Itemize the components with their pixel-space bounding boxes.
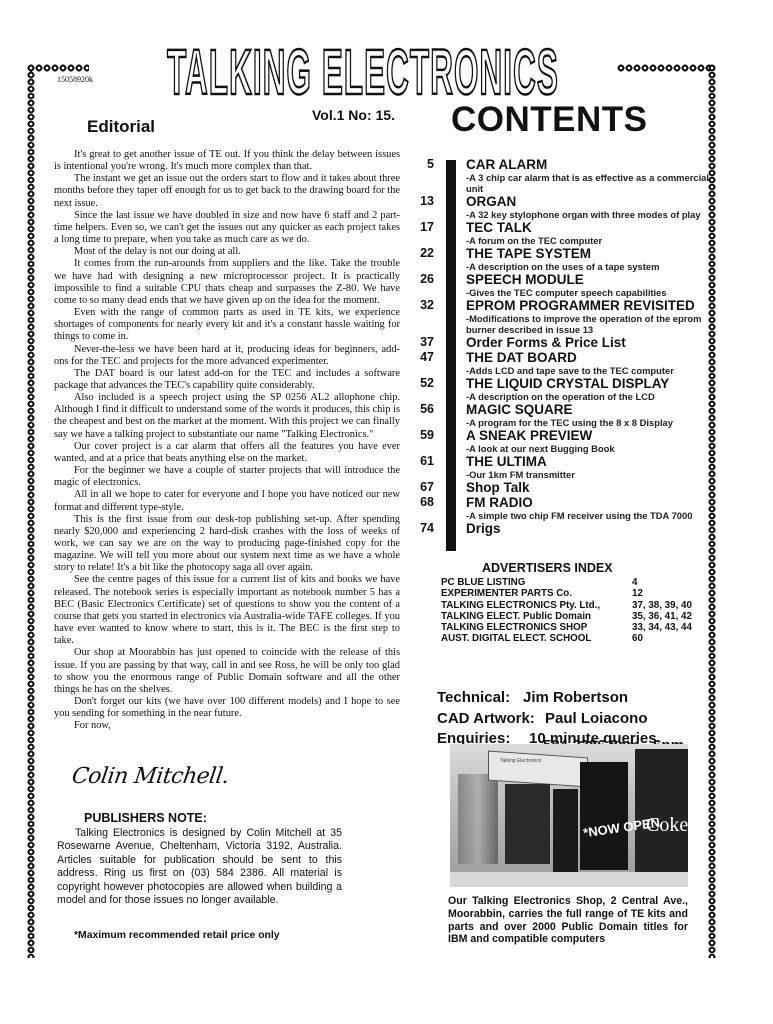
contents-item[interactable]: 26SPEECH MODULE-Gives the TEC computer s… xyxy=(410,272,710,298)
contents-item[interactable]: 22THE TAPE SYSTEM-A description on the u… xyxy=(410,246,710,272)
contents-item[interactable]: 32EPROM PROGRAMMER REVISITED-Modificatio… xyxy=(410,298,710,335)
advertisers-heading: ADVERTISERS INDEX xyxy=(482,561,613,575)
contents-item-title: ORGAN xyxy=(466,194,710,209)
contents-item[interactable]: 74Drigs xyxy=(410,521,710,536)
photo-window xyxy=(580,762,628,870)
credit-label: CAD Artwork: xyxy=(437,709,545,730)
editorial-body: It's great to get another issue of TE ou… xyxy=(54,149,400,733)
advertiser-row: TALKING ELECT. Public Domain35, 36, 41, … xyxy=(441,611,712,622)
editorial-paragraph: It comes from the run-arounds from suppl… xyxy=(54,258,400,307)
editorial-paragraph: This is the first issue from our desk-to… xyxy=(54,514,400,575)
contents-item-title: MAGIC SQUARE xyxy=(466,402,710,417)
contents-page-number: 74 xyxy=(410,521,434,536)
editorial-paragraph: It's great to get another issue of TE ou… xyxy=(54,149,400,173)
advertiser-pages: 4 xyxy=(632,577,712,588)
contents-item-title: THE DAT BOARD xyxy=(466,350,710,365)
advertiser-row: AUST. DIGITAL ELECT. SCHOOL60 xyxy=(441,633,712,644)
masthead: TALKING ELECTRONICS xyxy=(133,40,593,104)
contents-item[interactable]: 61THE ULTIMA-Our 1km FM transmitter xyxy=(410,454,710,480)
photo-pillar xyxy=(553,789,578,884)
publishers-note-heading: PUBLISHERS NOTE: xyxy=(84,811,207,825)
editorial-paragraph: Even with the range of common parts as u… xyxy=(54,307,400,343)
editorial-paragraph: The DAT board is our latest add-on for t… xyxy=(54,368,400,392)
contents-page-number: 32 xyxy=(410,298,434,313)
editorial-paragraph: Don't forget our kits (we have over 100 … xyxy=(54,696,400,720)
contents-item[interactable]: 56MAGIC SQUARE-A program for the TEC usi… xyxy=(410,402,710,428)
contents-item-desc: -Our 1km FM transmitter xyxy=(466,469,710,480)
photo-coke-sign: Coke xyxy=(646,814,688,837)
photo-caption: Our Talking Electronics Shop, 2 Central … xyxy=(448,895,688,946)
contents-list: 5CAR ALARM-A 3 chip car alarm that is as… xyxy=(410,157,710,536)
editorial-paragraph: See the centre pages of this issue for a… xyxy=(54,574,400,647)
contents-page-number: 56 xyxy=(410,402,434,417)
shop-photo: Talking Electronics *NOW OPEN Coke xyxy=(450,744,688,887)
contents-page-number: 13 xyxy=(410,194,434,209)
chain-border-top-left xyxy=(27,64,89,72)
contents-page-number: 5 xyxy=(410,157,434,172)
advertiser-name: PC BLUE LISTING xyxy=(441,577,632,588)
photo-sign-text: Talking Electronics xyxy=(500,758,541,764)
contents-page-number: 52 xyxy=(410,376,434,391)
contents-item-desc: -A 32 key stylophone organ with three mo… xyxy=(466,209,710,220)
contents-item[interactable]: 17TEC TALK-A forum on the TEC computer xyxy=(410,220,710,246)
contents-item-desc: -Gives the TEC computer speech capabilit… xyxy=(466,287,710,298)
masthead-title: TALKING ELECTRONICS xyxy=(167,40,559,104)
contents-item-title: CAR ALARM xyxy=(466,157,710,172)
advertiser-pages: 60 xyxy=(632,633,712,644)
chain-border-top-right xyxy=(617,64,715,72)
editorial-paragraph: The instant we get an issue out the orde… xyxy=(54,173,400,209)
contents-item-desc: -A forum on the TEC computer xyxy=(466,235,710,246)
contents-page-number: 47 xyxy=(410,350,434,365)
photo-shop-sign xyxy=(488,751,588,788)
contents-item[interactable]: 37Order Forms & Price List xyxy=(410,335,710,350)
photo-door xyxy=(505,784,550,864)
contents-page-number: 17 xyxy=(410,220,434,235)
contents-item-title: A SNEAK PREVIEW xyxy=(466,428,710,443)
contents-item[interactable]: 13ORGAN-A 32 key stylophone organ with t… xyxy=(410,194,710,220)
contents-item[interactable]: 5CAR ALARM-A 3 chip car alarm that is as… xyxy=(410,157,710,194)
contents-item-desc: -A 3 chip car alarm that is as effective… xyxy=(466,172,710,194)
contents-item-desc: -Adds LCD and tape save to the TEC compu… xyxy=(466,365,710,376)
advertiser-row: TALKING ELECTRONICS SHOP33, 34, 43, 44 xyxy=(441,622,712,633)
contents-item[interactable]: 67Shop Talk xyxy=(410,480,710,495)
issue-code: 15058920k xyxy=(57,75,93,84)
contents-item-title: Order Forms & Price List xyxy=(466,335,710,350)
advertiser-row: PC BLUE LISTING4 xyxy=(441,577,712,588)
contents-item[interactable]: 52THE LIQUID CRYSTAL DISPLAY-A descripti… xyxy=(410,376,710,402)
retail-price-note: *Maximum recommended retail price only xyxy=(74,930,280,941)
contents-item-title: Shop Talk xyxy=(466,480,710,495)
chain-border-left xyxy=(27,64,35,958)
editorial-paragraph: Our shop at Moorabbin has just opened to… xyxy=(54,647,400,696)
advertiser-name: TALKING ELECTRONICS SHOP xyxy=(441,622,632,633)
contents-item-title: THE LIQUID CRYSTAL DISPLAY xyxy=(466,376,710,391)
contents-item-title: FM RADIO xyxy=(466,495,710,510)
photo-ground xyxy=(450,872,688,887)
credit-value: Jim Robertson xyxy=(523,688,628,709)
contents-item-title: THE TAPE SYSTEM xyxy=(466,246,710,261)
editorial-paragraph: Since the last issue we have doubled in … xyxy=(54,210,400,246)
credit-label: Technical: xyxy=(437,688,523,709)
contents-item-desc: -Modifications to improve the operation … xyxy=(466,313,710,335)
contents-page-number: 22 xyxy=(410,246,434,261)
contents-item-desc: -A description on the operation of the L… xyxy=(466,391,710,402)
editorial-paragraph: Most of the delay is not our doing at al… xyxy=(54,246,400,258)
credit-technical: Technical: Jim Robertson xyxy=(437,688,657,709)
contents-page-number: 61 xyxy=(410,454,434,469)
advertiser-pages: 33, 34, 43, 44 xyxy=(632,622,712,633)
editorial-paragraph: Never-the-less we have been hard at it, … xyxy=(54,344,400,368)
contents-page-number: 59 xyxy=(410,428,434,443)
publishers-note-body: Talking Electronics is designed by Colin… xyxy=(57,827,342,907)
advertisers-table: PC BLUE LISTING4 EXPERIMENTER PARTS Co.1… xyxy=(441,577,712,645)
contents-item-title: EPROM PROGRAMMER REVISITED xyxy=(466,298,710,313)
contents-page-number: 67 xyxy=(410,480,434,495)
contents-item-title: SPEECH MODULE xyxy=(466,272,710,287)
credit-value: Paul Loiacono xyxy=(545,709,648,730)
contents-item-title: Drigs xyxy=(466,521,710,536)
photo-post xyxy=(458,774,498,864)
advertiser-row: TALKING ELECTRONICS Pty. Ltd.,37, 38, 39… xyxy=(441,600,712,611)
advertiser-name: EXPERIMENTER PARTS Co. xyxy=(441,588,632,599)
advertiser-name: TALKING ELECTRONICS Pty. Ltd., xyxy=(441,600,632,611)
advertiser-name: TALKING ELECT. Public Domain xyxy=(441,611,632,622)
advertiser-row: EXPERIMENTER PARTS Co.12 xyxy=(441,588,712,599)
contents-page-number: 37 xyxy=(410,335,434,350)
signature: Colin Mitchell. xyxy=(70,764,230,789)
contents-page-number: 68 xyxy=(410,495,434,510)
photo-window xyxy=(635,749,688,874)
editorial-heading: Editorial xyxy=(87,117,155,137)
contents-page-number: 26 xyxy=(410,272,434,287)
contents-heading: CONTENTS xyxy=(451,100,648,140)
editorial-paragraph: For the beginner we have a couple of sta… xyxy=(54,465,400,489)
editorial-signoff: For now, xyxy=(54,720,400,732)
credit-cad: CAD Artwork: Paul Loiacono xyxy=(437,709,657,730)
advertiser-name: AUST. DIGITAL ELECT. SCHOOL xyxy=(441,633,632,644)
volume-number: Vol.1 No: 15. xyxy=(312,107,395,123)
contents-item[interactable]: 68FM RADIO-A simple two chip FM receiver… xyxy=(410,495,710,521)
editorial-paragraph: Our cover project is a car alarm that of… xyxy=(54,441,400,465)
contents-item-title: THE ULTIMA xyxy=(466,454,710,469)
advertiser-pages: 35, 36, 41, 42 xyxy=(632,611,712,622)
advertiser-pages: 37, 38, 39, 40 xyxy=(632,600,712,611)
contents-item-desc: -A simple two chip FM receiver using the… xyxy=(466,510,710,521)
editorial-paragraph: All in all we hope to cater for everyone… xyxy=(54,489,400,513)
contents-item-desc: -A look at our next Bugging Book xyxy=(466,443,710,454)
contents-item[interactable]: 47THE DAT BOARD-Adds LCD and tape save t… xyxy=(410,350,710,376)
contents-item-desc: -A description on the uses of a tape sys… xyxy=(466,261,710,272)
contents-item-desc: -A program for the TEC using the 8 x 8 D… xyxy=(466,417,710,428)
editorial-paragraph: Also included is a speech project using … xyxy=(54,392,400,441)
contents-item-title: TEC TALK xyxy=(466,220,710,235)
contents-item[interactable]: 59A SNEAK PREVIEW-A look at our next Bug… xyxy=(410,428,710,454)
advertiser-pages: 12 xyxy=(632,588,712,599)
publishers-note-text: Talking Electronics is designed by Colin… xyxy=(57,827,342,906)
